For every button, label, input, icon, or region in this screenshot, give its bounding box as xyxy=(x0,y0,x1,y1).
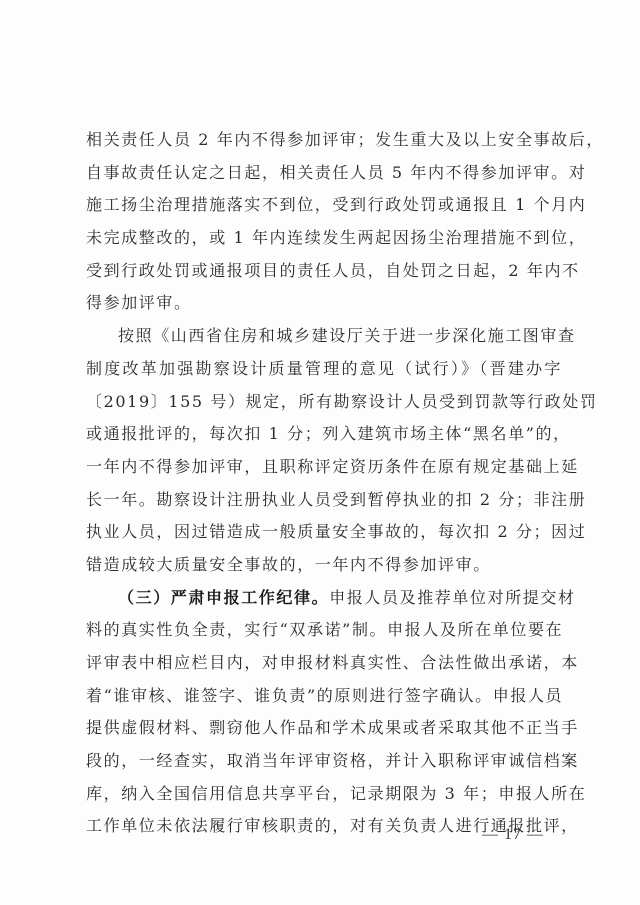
section-heading: （三）严肃申报工作纪律。 xyxy=(118,588,329,607)
text-line: 或通报批评的，每次扣 1 分；列入建筑市场主体“黑名单”的， xyxy=(86,418,562,451)
text-line: 执业人员，因过错造成一般质量安全事故的，每次扣 2 分；因过 xyxy=(86,516,562,549)
paragraph-penalty-rules: 相关责任人员 2 年内不得参加评审；发生重大及以上安全事故后， 自事故责任认定之… xyxy=(86,124,562,320)
text-line: 得参加评审。 xyxy=(86,287,562,320)
text-line: 错造成较大质量安全事故的，一年内不得参加评审。 xyxy=(86,549,562,582)
text-line: 未完成整改的，或 1 年内连续发生两起因扬尘治理措施不到位， xyxy=(86,222,562,255)
text-line: 库，纳入全国信用信息共享平台，记录期限为 3 年；申报人所在 xyxy=(86,778,562,811)
text-line: 施工扬尘治理措施落实不到位，受到行政处罚或通报且 1 个月内 xyxy=(86,189,562,222)
heading-line-rest: 申报人员及推荐单位对所提交材 xyxy=(329,588,575,607)
text-line: 制度改革加强勘察设计质量管理的意见（试行）》（晋建办字 xyxy=(86,353,562,386)
text-line: 段的，一经查实，取消当年评审资格，并计入职称评审诚信档案 xyxy=(86,745,562,778)
text-line: 自事故责任认定之日起，相关责任人员 5 年内不得参加评审。对 xyxy=(86,157,562,190)
text-line: 评审表中相应栏目内，对申报材料真实性、合法性做出承诺，本 xyxy=(86,647,562,680)
paragraph-application-discipline: （三）严肃申报工作纪律。申报人员及推荐单位对所提交材 料的真实性负全责，实行“双… xyxy=(86,582,562,844)
text-line: 料的真实性负全责，实行“双承诺”制。申报人及所在单位要在 xyxy=(86,614,562,647)
text-line: 一年内不得参加评审，且职称评定资历条件在原有规定基础上延 xyxy=(86,451,562,484)
text-line: （三）严肃申报工作纪律。申报人员及推荐单位对所提交材 xyxy=(86,582,562,615)
document-page: 相关责任人员 2 年内不得参加评审；发生重大及以上安全事故后， 自事故责任认定之… xyxy=(0,0,640,905)
paragraph-survey-design-rules: 按照《山西省住房和城乡建设厅关于进一步深化施工图审查 制度改革加强勘察设计质量管… xyxy=(86,320,562,582)
text-line: 受到行政处罚或通报项目的责任人员，自处罚之日起，2 年内不 xyxy=(86,255,562,288)
text-line: 〔2019〕155 号）规定，所有勘察设计人员受到罚款等行政处罚 xyxy=(86,386,562,419)
text-line: 提供虚假材料、剽窃他人作品和学术成果或者采取其他不正当手 xyxy=(86,712,562,745)
text-line: 着“谁审核、谁签字、谁负责”的原则进行签字确认。申报人员 xyxy=(86,680,562,713)
page-number: — 17 — xyxy=(482,826,544,844)
text-line: 长一年。勘察设计注册执业人员受到暂停执业的扣 2 分；非注册 xyxy=(86,484,562,517)
text-line: 相关责任人员 2 年内不得参加评审；发生重大及以上安全事故后， xyxy=(86,124,562,157)
text-line: 按照《山西省住房和城乡建设厅关于进一步深化施工图审查 xyxy=(86,320,562,353)
body-text: 相关责任人员 2 年内不得参加评审；发生重大及以上安全事故后， 自事故责任认定之… xyxy=(86,124,562,843)
